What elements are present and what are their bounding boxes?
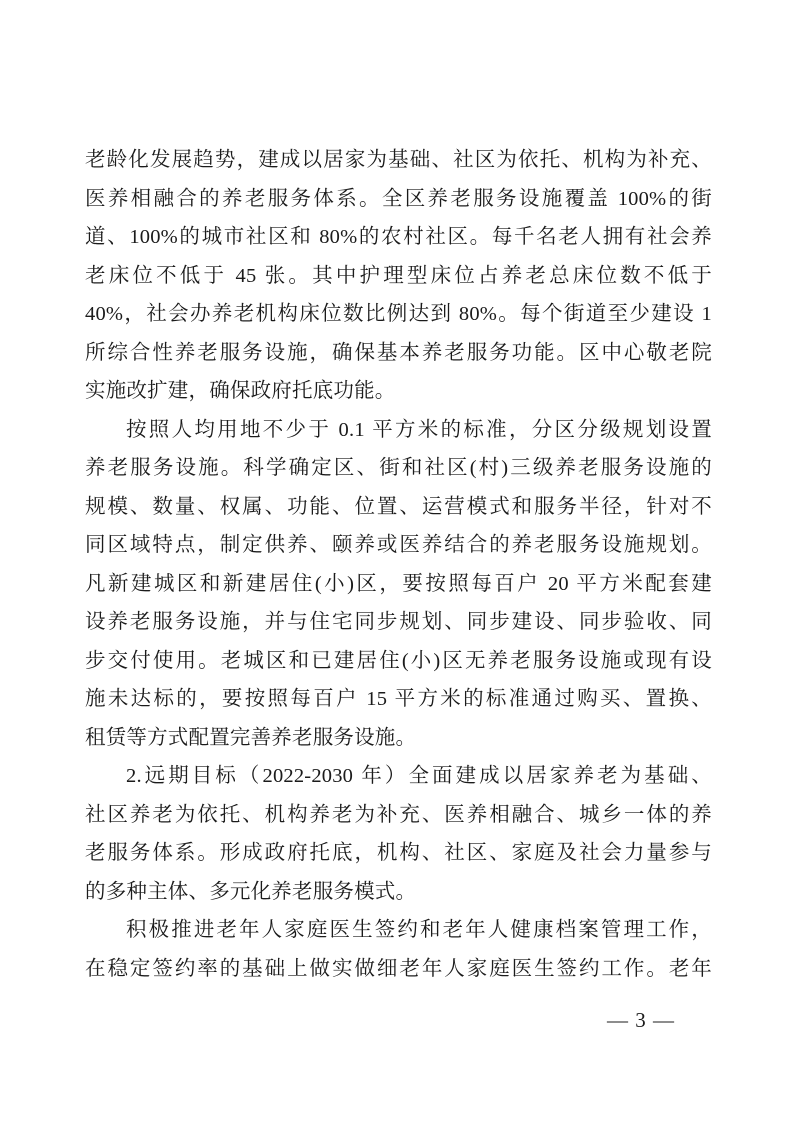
text-line: 老服务体系。形成政府托底，机构、社区、家庭及社会力量参与 (85, 834, 712, 873)
text-line: 设养老服务设施，并与住宅同步规划、同步建设、同步验收、同 (85, 603, 712, 642)
text-line: 道、100%的城市社区和 80%的农村社区。每千名老人拥有社会养 (85, 218, 712, 257)
text-line: 老床位不低于 45 张。其中护理型床位占养老总床位数不低于 (85, 257, 712, 296)
text-line: 2.远期目标（2022-2030 年）全面建成以居家养老为基础、 (85, 757, 712, 796)
text-line: 积极推进老年人家庭医生签约和老年人健康档案管理工作， (85, 911, 712, 950)
text-line: 40%，社会办养老机构床位数比例达到 80%。每个街道至少建设 1 (85, 295, 712, 334)
text-line: 同区域特点，制定供养、颐养或医养结合的养老服务设施规划。 (85, 526, 712, 565)
text-line: 养老服务设施。科学确定区、街和社区(村)三级养老服务设施的 (85, 449, 712, 488)
text-line: 租赁等方式配置完善养老服务设施。 (85, 719, 712, 758)
text-line: 施未达标的，要按照每百户 15 平方米的标准通过购买、置换、 (85, 680, 712, 719)
text-line: 步交付使用。老城区和已建居住(小)区无养老服务设施或现有设 (85, 642, 712, 681)
text-line: 所综合性养老服务设施，确保基本养老服务功能。区中心敬老院 (85, 334, 712, 373)
text-line: 按照人均用地不少于 0.1 平方米的标准，分区分级规划设置 (85, 411, 712, 450)
page-number: — 3 — (607, 1004, 675, 1036)
text-line: 老龄化发展趋势，建成以居家为基础、社区为依托、机构为补充、 (85, 141, 712, 180)
text-line: 医养相融合的养老服务体系。全区养老服务设施覆盖 100%的街 (85, 180, 712, 219)
text-line: 规模、数量、权属、功能、位置、运营模式和服务半径，针对不 (85, 488, 712, 527)
text-line: 实施改扩建，确保政府托底功能。 (85, 372, 712, 411)
text-line: 在稳定签约率的基础上做实做细老年人家庭医生签约工作。老年 (85, 950, 712, 989)
document-page: 老龄化发展趋势，建成以居家为基础、社区为依托、机构为补充、医养相融合的养老服务体… (0, 0, 793, 1122)
text-line: 凡新建城区和新建居住(小)区，要按照每百户 20 平方米配套建 (85, 565, 712, 604)
body-text: 老龄化发展趋势，建成以居家为基础、社区为依托、机构为补充、医养相融合的养老服务体… (85, 141, 712, 988)
text-line: 社区养老为依托、机构养老为补充、医养相融合、城乡一体的养 (85, 796, 712, 835)
text-line: 的多种主体、多元化养老服务模式。 (85, 873, 712, 912)
